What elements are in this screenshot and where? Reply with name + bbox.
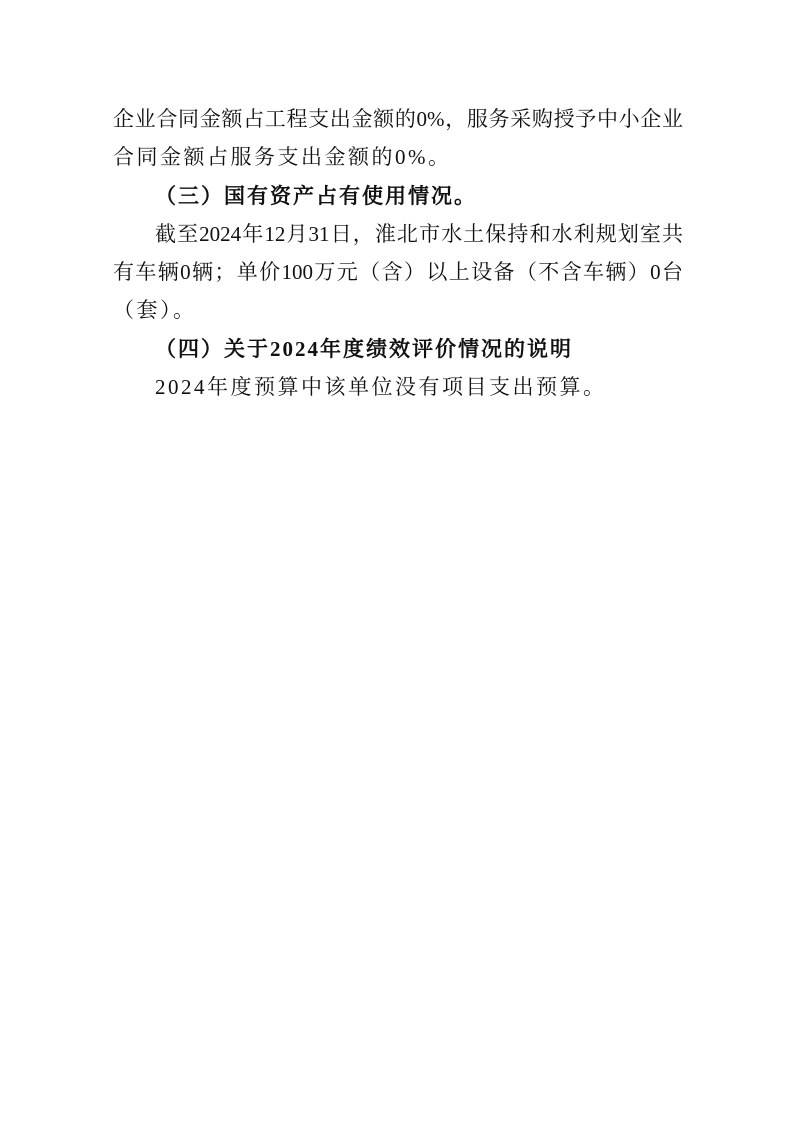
paragraph-contracts-line-1: 企业合同金额占工程支出金额的0%，服务采购授予中小企业 (113, 100, 683, 138)
section-heading-performance-evaluation: （四）关于2024年度绩效评价情况的说明 (113, 330, 683, 368)
paragraph-contracts-line-2: 合同金额占服务支出金额的0%。 (113, 138, 683, 176)
paragraph-assets-line-1: 截至2024年12月31日，淮北市水土保持和水利规划室共 (113, 215, 683, 253)
document-page: 企业合同金额占工程支出金额的0%，服务采购授予中小企业 合同金额占服务支出金额的… (0, 0, 793, 1122)
paragraph-performance-line-1: 2024年度预算中该单位没有项目支出预算。 (113, 368, 683, 406)
paragraph-assets-line-3: （套）。 (113, 291, 683, 329)
section-heading-state-assets: （三）国有资产占有使用情况。 (113, 177, 683, 215)
document-body: 企业合同金额占工程支出金额的0%，服务采购授予中小企业 合同金额占服务支出金额的… (113, 100, 683, 406)
paragraph-assets-line-2: 有车辆0辆；单价100万元（含）以上设备（不含车辆）0台 (113, 253, 683, 291)
